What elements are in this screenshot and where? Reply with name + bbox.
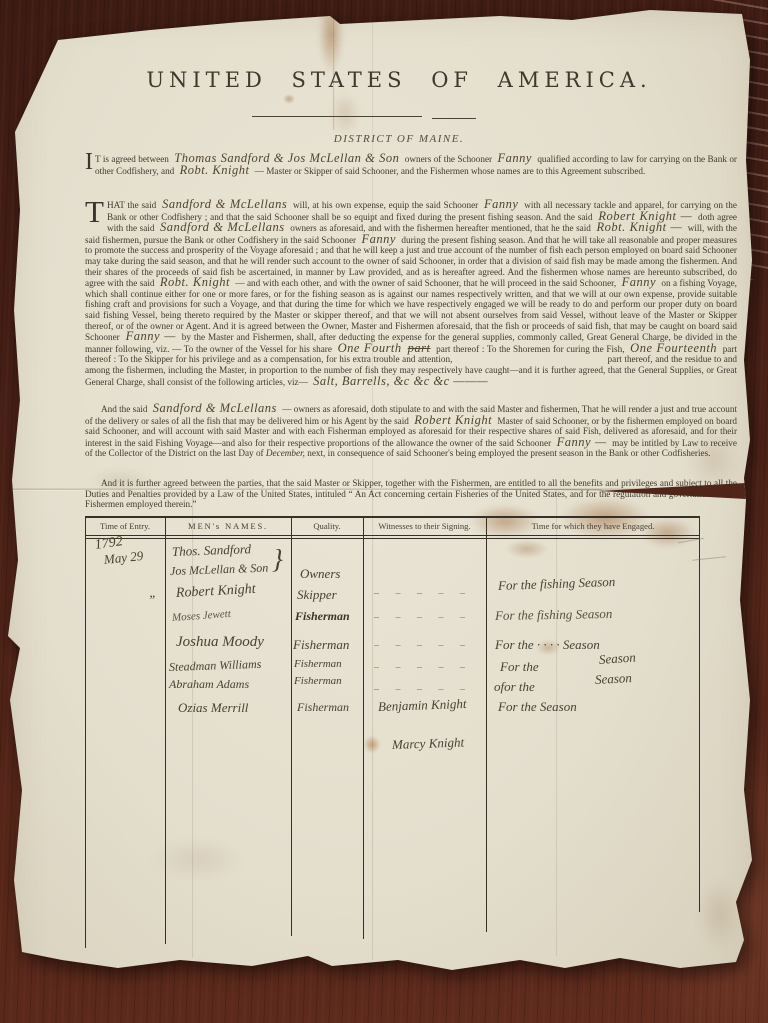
paragraph-text: HAT the said Sandford & McLellans will, …: [85, 200, 737, 387]
stain: [283, 94, 295, 104]
engaged-entry: Season: [598, 649, 636, 668]
col-header-quality: Quality.: [292, 519, 362, 535]
dropcap-I: I: [85, 153, 93, 172]
paragraph-terms: THAT the said Sandford & McLellans will,…: [85, 199, 737, 387]
title-divider: [0, 116, 728, 120]
stain: [150, 838, 245, 880]
engaged-entry: ofor the: [494, 679, 535, 695]
engaged-entry: For the Season: [498, 699, 577, 715]
witness-dashes: – – – – –: [374, 640, 472, 651]
engaged-entry: For the · · · · Season: [495, 637, 600, 653]
signature-owner1: Thos. Sandford: [172, 541, 251, 560]
engaged-entry: For the fishing Season: [495, 606, 613, 624]
paper-shadow-wrap: UNITED STATES OF AMERICA. DISTRICT OF MA…: [0, 0, 768, 1023]
table-column-line: [363, 516, 364, 939]
stain: [470, 504, 540, 538]
entry-year: 1792: [94, 534, 124, 554]
quality-fisherman: Fisherman: [294, 658, 342, 670]
paragraph-text: T is agreed between Thomas Sandford & Jo…: [95, 154, 737, 176]
witness-signature: Marcy Knight: [392, 734, 465, 753]
pencil-mark: [678, 538, 704, 543]
table-column-line: [165, 516, 166, 944]
stain: [364, 736, 380, 753]
table-header-bottom-border: [85, 535, 700, 536]
witness-dashes: – – – – –: [374, 684, 472, 695]
stain: [560, 497, 650, 539]
witness-dashes: – – – – –: [374, 612, 472, 623]
owners-brace: }: [272, 544, 283, 575]
stain: [640, 518, 695, 548]
photo-of-document: UNITED STATES OF AMERICA. DISTRICT OF MA…: [0, 0, 768, 1023]
table-header-bottom-border-2: [85, 538, 700, 539]
signature-skipper: Robert Knight: [176, 582, 256, 602]
col-header-mens-names: MEN's NAMES.: [166, 519, 290, 535]
signature-fisherman: Ozias Merrill: [178, 700, 248, 716]
quality-fisherman: Fisherman: [293, 637, 349, 653]
document-title: UNITED STATES OF AMERICA.: [60, 68, 738, 92]
fold-crease-vertical: [372, 0, 374, 492]
signature-fisherman: Moses Jewett: [172, 608, 232, 624]
col-header-time-of-entry: Time of Entry.: [86, 519, 164, 535]
col-header-time-engaged: Time for which they have Engaged.: [487, 519, 699, 535]
paragraph-text: And it is further agreed between the par…: [85, 478, 737, 509]
district-heading: DISTRICT OF MAINE.: [60, 133, 738, 145]
witness-dashes: – – – – –: [374, 588, 472, 599]
table-column-line: [291, 516, 292, 936]
quality-owners: Owners: [300, 566, 340, 582]
witness-signature: Benjamin Knight: [378, 696, 467, 715]
divider-line-long: [252, 116, 422, 117]
fold-crease-vertical: [556, 490, 558, 956]
dropcap-T: T: [85, 199, 104, 224]
stain: [330, 92, 360, 136]
table-border-right: [699, 516, 700, 912]
quality-fisherman: Fisherman: [295, 609, 350, 624]
stain: [506, 540, 548, 558]
divider-line-short: [432, 118, 476, 119]
table-border-left: [85, 516, 86, 948]
pencil-mark: [692, 556, 726, 561]
fold-crease-horizontal: [12, 488, 744, 491]
signature-fisherman: Joshua Moody: [176, 634, 264, 651]
quality-skipper: Skipper: [297, 587, 337, 603]
signature-owner2: Jos McLellan & Son: [170, 561, 269, 579]
stain: [688, 428, 740, 492]
engaged-entry: For the: [500, 659, 539, 675]
stain: [536, 640, 560, 655]
paper-tear: [598, 482, 748, 500]
quality-fisherman: Fisherman: [297, 700, 349, 715]
table-column-line: [486, 516, 487, 932]
witness-dashes: – – – – –: [374, 662, 472, 673]
stain: [90, 468, 152, 494]
engaged-entry: Season: [595, 670, 633, 688]
entry-day: May 29: [103, 548, 144, 568]
paragraph-benefits-clause: And it is further agreed between the par…: [85, 478, 737, 510]
entry-ditto-mark: ”: [148, 592, 155, 608]
signature-fisherman: Steadman Williams: [169, 657, 262, 675]
table-top-border: [85, 516, 700, 518]
quality-fisherman: Fisherman: [294, 675, 342, 687]
fold-crease-vertical: [192, 490, 194, 958]
paragraph-text: And the said Sandford & McLellans — owne…: [85, 404, 737, 458]
fold-crease-vertical: [372, 490, 374, 960]
fold-crease-vertical: [333, 0, 335, 130]
signature-fisherman: Abraham Adams: [169, 677, 249, 692]
paragraph-agreement-parties: IT is agreed between Thomas Sandford & J…: [85, 153, 737, 176]
stain: [318, 0, 344, 74]
paragraph-owner-stipulation: And the said Sandford & McLellans — owne…: [85, 403, 737, 459]
engaged-entry: For the fishing Season: [498, 574, 616, 594]
col-header-witnesses: Witnesses to their Signing.: [364, 519, 485, 535]
paper-crack-line: [468, 489, 602, 491]
stain: [698, 878, 740, 950]
document-paper: UNITED STATES OF AMERICA. DISTRICT OF MA…: [0, 0, 768, 1023]
